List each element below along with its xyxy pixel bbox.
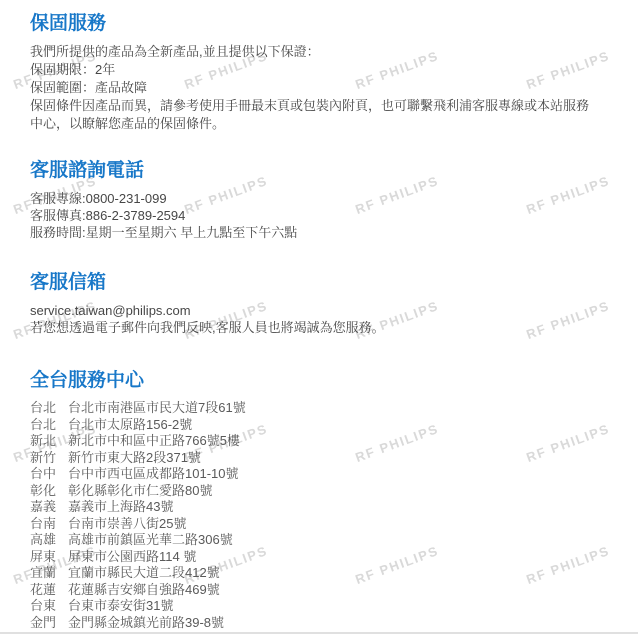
service-center-city: 台中 — [30, 466, 56, 483]
service-center-row: 台東台東市泰安街31號 — [30, 598, 608, 615]
service-center-city: 台南 — [30, 516, 56, 533]
phone-info: 客服專線:0800-231-099 客服傳真:886-2-3789-2594 服… — [30, 190, 608, 241]
phone-info-line: 客服傳真:886-2-3789-2594 — [30, 207, 608, 224]
service-center-address: 台東市泰安街31號 — [68, 598, 173, 613]
service-center-city: 宜蘭 — [30, 565, 56, 582]
section-service-centers: 全台服務中心 台北台北市南港區市民大道7段61號 台北台北市太原路156-2號 … — [30, 370, 608, 631]
service-center-address: 台北市南港區市民大道7段61號 — [68, 400, 246, 415]
warranty-text-line: 保固範圍：產品故障 — [30, 79, 608, 97]
service-center-city: 屏東 — [30, 549, 56, 566]
service-center-address: 花蓮縣吉安鄉自強路469號 — [68, 582, 220, 597]
service-center-address: 宜蘭市縣民大道二段412號 — [68, 565, 220, 580]
warranty-text: 我們所提供的產品為全新產品,並且提供以下保證： 保固期限：2年 保固範圍：產品故… — [30, 43, 608, 133]
service-center-row: 台北台北市南港區市民大道7段61號 — [30, 400, 608, 417]
section-phone: 客服諮詢電話 客服專線:0800-231-099 客服傳真:886-2-3789… — [30, 160, 608, 241]
phone-info-line: 客服專線:0800-231-099 — [30, 190, 608, 207]
service-center-city: 彰化 — [30, 483, 56, 500]
warranty-text-line: 保固期限：2年 — [30, 61, 608, 79]
service-center-city: 台北 — [30, 400, 56, 417]
phone-section-title: 客服諮詢電話 — [30, 160, 608, 182]
warranty-text-line: 中心，以瞭解您產品的保固條件。 — [30, 115, 608, 133]
service-center-row: 花蓮花蓮縣吉安鄉自強路469號 — [30, 582, 608, 599]
service-center-row: 新竹新竹市東大路2段371號 — [30, 450, 608, 467]
phone-info-line: 服務時間:星期一至星期六 早上九點至下午六點 — [30, 224, 608, 241]
warranty-section-title: 保固服務 — [30, 13, 608, 35]
service-center-city: 嘉義 — [30, 499, 56, 516]
service-center-address: 彰化縣彰化市仁愛路80號 — [68, 483, 212, 498]
service-center-address: 屏東市公園西路114 號 — [68, 549, 196, 564]
warranty-text-line: 保固條件因產品而異，請參考使用手冊最末頁或包裝內附頁，也可聯繫飛利浦客服專線或本… — [30, 97, 608, 115]
service-center-address: 高雄市前鎮區光華二路306號 — [68, 532, 233, 547]
bottom-divider — [0, 632, 638, 634]
service-center-address: 台北市太原路156-2號 — [68, 417, 192, 432]
service-center-row: 宜蘭宜蘭市縣民大道二段412號 — [30, 565, 608, 582]
service-center-list: 台北台北市南港區市民大道7段61號 台北台北市太原路156-2號 新北新北市中和… — [30, 400, 608, 631]
service-center-address: 新北市中和區中正路766號5樓 — [68, 433, 240, 448]
section-email: 客服信箱 service.taiwan@philips.com 若您想透過電子郵… — [30, 272, 608, 336]
service-center-address: 台南市崇善八街25號 — [68, 516, 186, 531]
service-center-city: 金門 — [30, 615, 56, 632]
service-center-row: 嘉義嘉義市上海路43號 — [30, 499, 608, 516]
email-info: service.taiwan@philips.com 若您想透過電子郵件向我們反… — [30, 302, 608, 336]
warranty-text-line: 我們所提供的產品為全新產品,並且提供以下保證： — [30, 43, 608, 61]
service-center-row: 台北台北市太原路156-2號 — [30, 417, 608, 434]
service-center-row: 金門金門縣金城鎮光前路39-8號 — [30, 615, 608, 632]
service-center-row: 台南台南市崇善八街25號 — [30, 516, 608, 533]
service-center-row: 高雄高雄市前鎮區光華二路306號 — [30, 532, 608, 549]
service-center-address: 嘉義市上海路43號 — [68, 499, 173, 514]
email-info-line: service.taiwan@philips.com — [30, 302, 608, 319]
section-warranty: 保固服務 我們所提供的產品為全新產品,並且提供以下保證： 保固期限：2年 保固範… — [30, 13, 608, 133]
email-info-line: 若您想透過電子郵件向我們反映,客服人員也將竭誠為您服務。 — [30, 319, 608, 336]
service-center-city: 高雄 — [30, 532, 56, 549]
service-center-city: 新竹 — [30, 450, 56, 467]
service-center-row: 彰化彰化縣彰化市仁愛路80號 — [30, 483, 608, 500]
page-root: RF PHILIPSRF PHILIPSRF PHILIPSRF PHILIPS… — [0, 0, 638, 638]
service-center-city: 新北 — [30, 433, 56, 450]
service-center-row: 台中台中市西屯區成都路101-10號 — [30, 466, 608, 483]
service-center-city: 台北 — [30, 417, 56, 434]
service-center-address: 台中市西屯區成都路101-10號 — [68, 466, 238, 481]
email-section-title: 客服信箱 — [30, 272, 608, 294]
service-center-address: 新竹市東大路2段371號 — [68, 450, 201, 465]
content: 保固服務 我們所提供的產品為全新產品,並且提供以下保證： 保固期限：2年 保固範… — [0, 0, 638, 631]
service-center-row: 新北新北市中和區中正路766號5樓 — [30, 433, 608, 450]
service-center-address: 金門縣金城鎮光前路39-8號 — [68, 615, 224, 630]
service-center-city: 台東 — [30, 598, 56, 615]
service-center-row: 屏東屏東市公園西路114 號 — [30, 549, 608, 566]
service-centers-section-title: 全台服務中心 — [30, 370, 608, 392]
service-center-city: 花蓮 — [30, 582, 56, 599]
